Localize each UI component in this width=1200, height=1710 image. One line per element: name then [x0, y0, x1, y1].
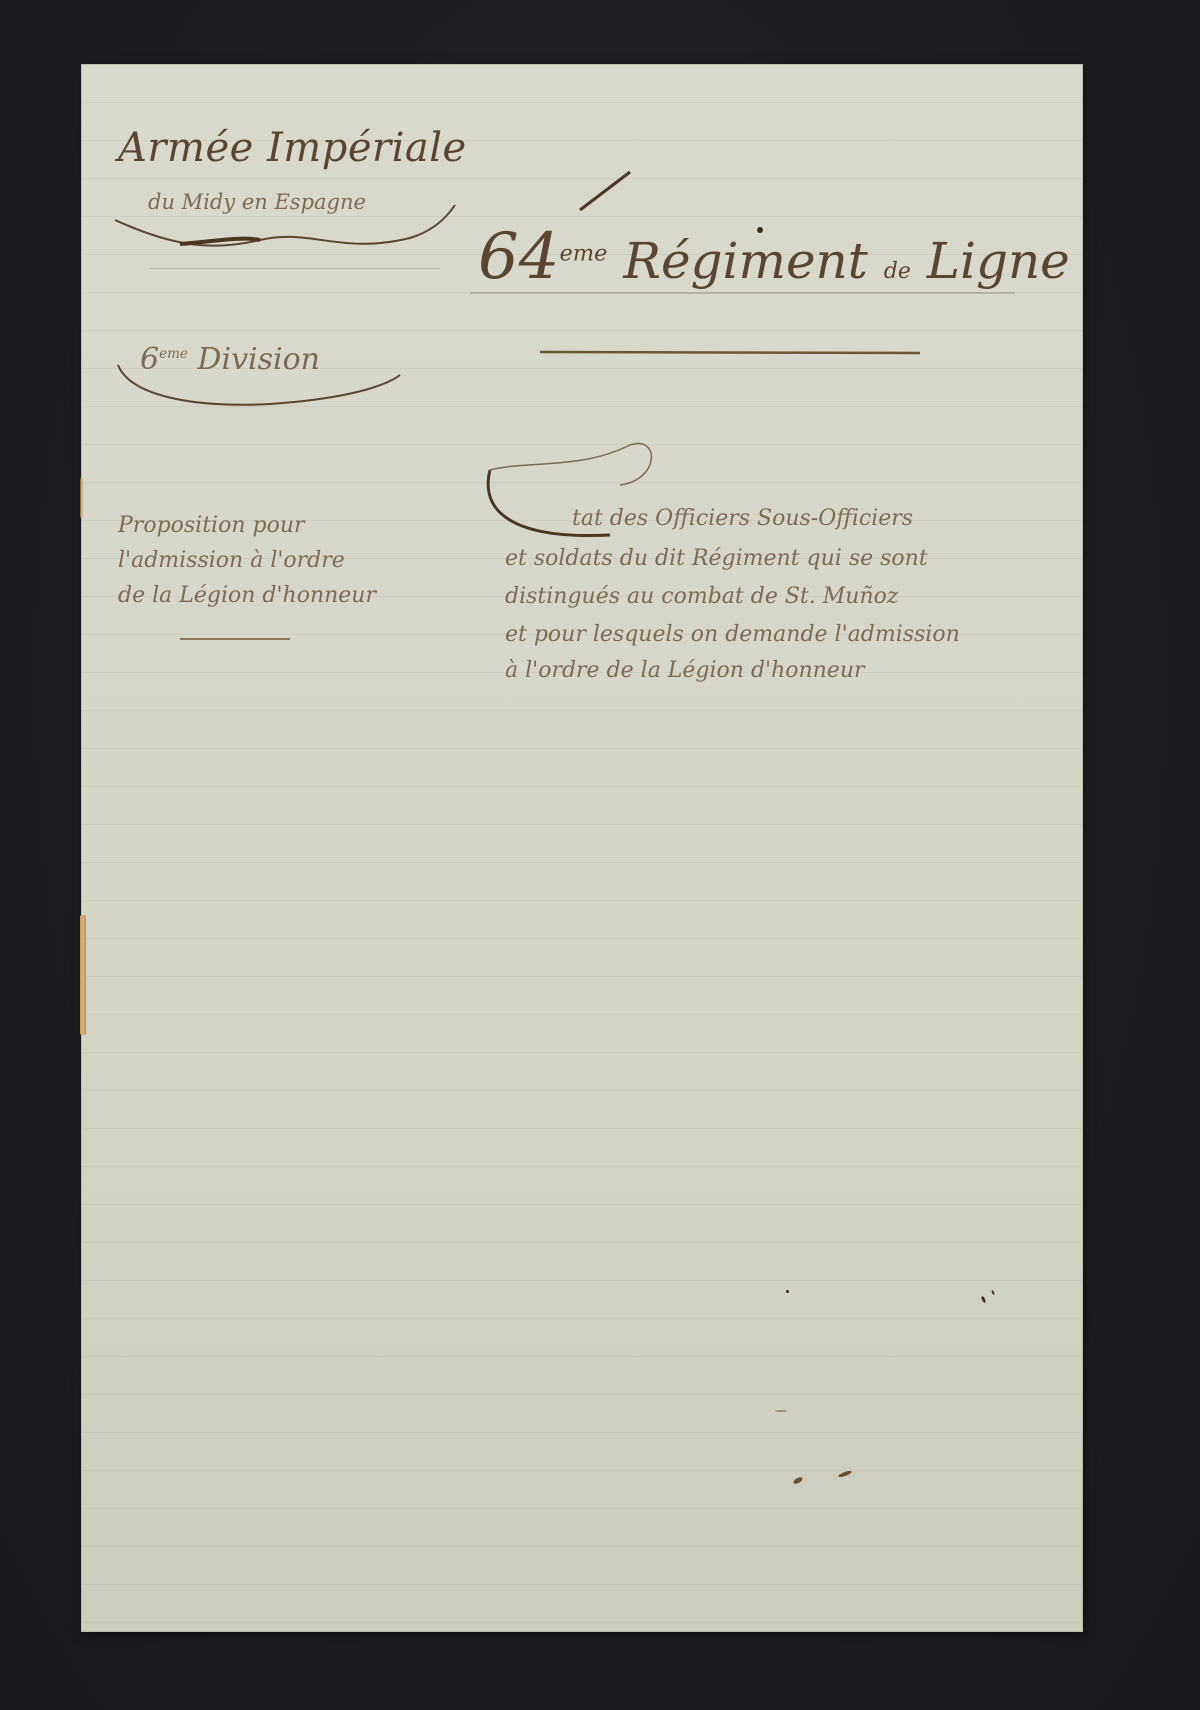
army-subtitle: du Midy en Espagne	[148, 192, 366, 213]
regiment-heading: 64eme Régiment de Ligne	[478, 225, 1070, 289]
regiment-number: 64	[478, 220, 559, 294]
proposition-line-2: l'admission à l'ordre	[118, 550, 345, 572]
statement-line-5: à l'ordre de la Légion d'honneur	[505, 660, 865, 682]
ink-speck	[775, 1410, 787, 1412]
statement-line-3: distingués au combat de St. Muñoz	[505, 586, 898, 608]
binding-thread	[80, 915, 86, 1035]
ink-speck	[786, 1290, 789, 1293]
division-number: 6	[140, 342, 159, 377]
proposition-underline	[180, 638, 290, 640]
rule-line	[150, 268, 440, 269]
regiment-connector: de	[884, 259, 911, 284]
army-title: Armée Impériale	[118, 128, 467, 168]
statement-line-1: Etat des Officiers Sous-Officiers	[572, 508, 913, 530]
regiment-type: Ligne	[927, 232, 1070, 290]
proposition-line-1: Proposition pour	[118, 515, 305, 537]
proposition-line-3: de la Légion d'honneur	[118, 585, 376, 607]
division-label: Division	[197, 342, 320, 377]
division-heading: 6eme Division	[140, 345, 320, 375]
regiment-label: Régiment	[623, 232, 868, 290]
statement-line-4: et pour lesquels on demande l'admission	[505, 624, 960, 646]
division-suffix: eme	[159, 346, 188, 362]
statement-line-2: et soldats du dit Régiment qui se sont	[505, 548, 928, 570]
regiment-suffix: eme	[559, 240, 607, 266]
manuscript-sheet	[82, 65, 1082, 1631]
binding-thread	[80, 478, 83, 518]
